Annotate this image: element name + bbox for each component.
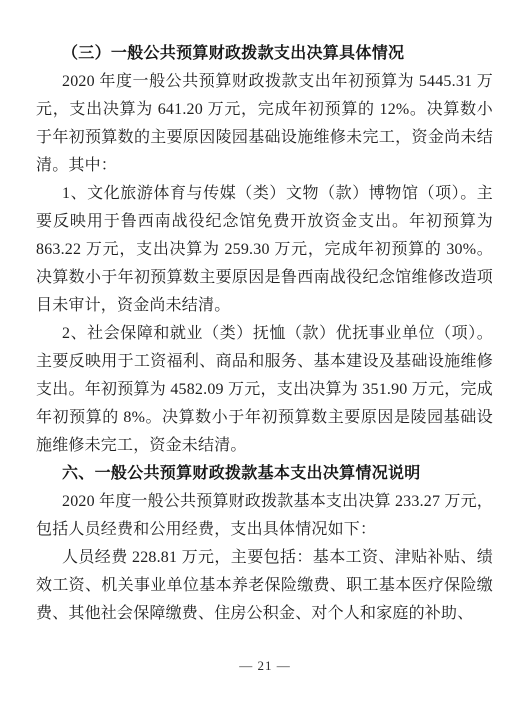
section-heading-general-budget-expenditure-detail: （三）一般公共预算财政拨款支出决算具体情况 (36, 40, 493, 68)
section-heading-basic-expenditure-explanation: 六、一般公共预算财政拨款基本支出决算情况说明 (36, 460, 493, 488)
paragraph-item-2-social-security-employment: 2、社会保障和就业（类）抚恤（款）优抚事业单位（项）。主要反映用于工资福利、商品… (36, 320, 493, 460)
paragraph-item-1-culture-tourism-museum: 1、文化旅游体育与传媒（类）文物（款）博物馆（项）。主要反映用于鲁西南战役纪念馆… (36, 180, 493, 320)
paragraph-basic-expenditure-summary: 2020 年度一般公共预算财政拨款基本支出决算 233.27 万元，包括人员经费… (36, 488, 493, 544)
document-body: （三）一般公共预算财政拨款支出决算具体情况 2020 年度一般公共预算财政拨款支… (36, 40, 493, 628)
paragraph-personnel-funds-detail: 人员经费 228.81 万元，主要包括：基本工资、津贴补贴、绩效工资、机关事业单… (36, 544, 493, 628)
paragraph-expenditure-overview: 2020 年度一般公共预算财政拨款支出年初预算为 5445.31 万元，支出决算… (36, 68, 493, 180)
page-number: — 21 — (0, 658, 530, 674)
document-page: （三）一般公共预算财政拨款支出决算具体情况 2020 年度一般公共预算财政拨款支… (0, 0, 530, 712)
